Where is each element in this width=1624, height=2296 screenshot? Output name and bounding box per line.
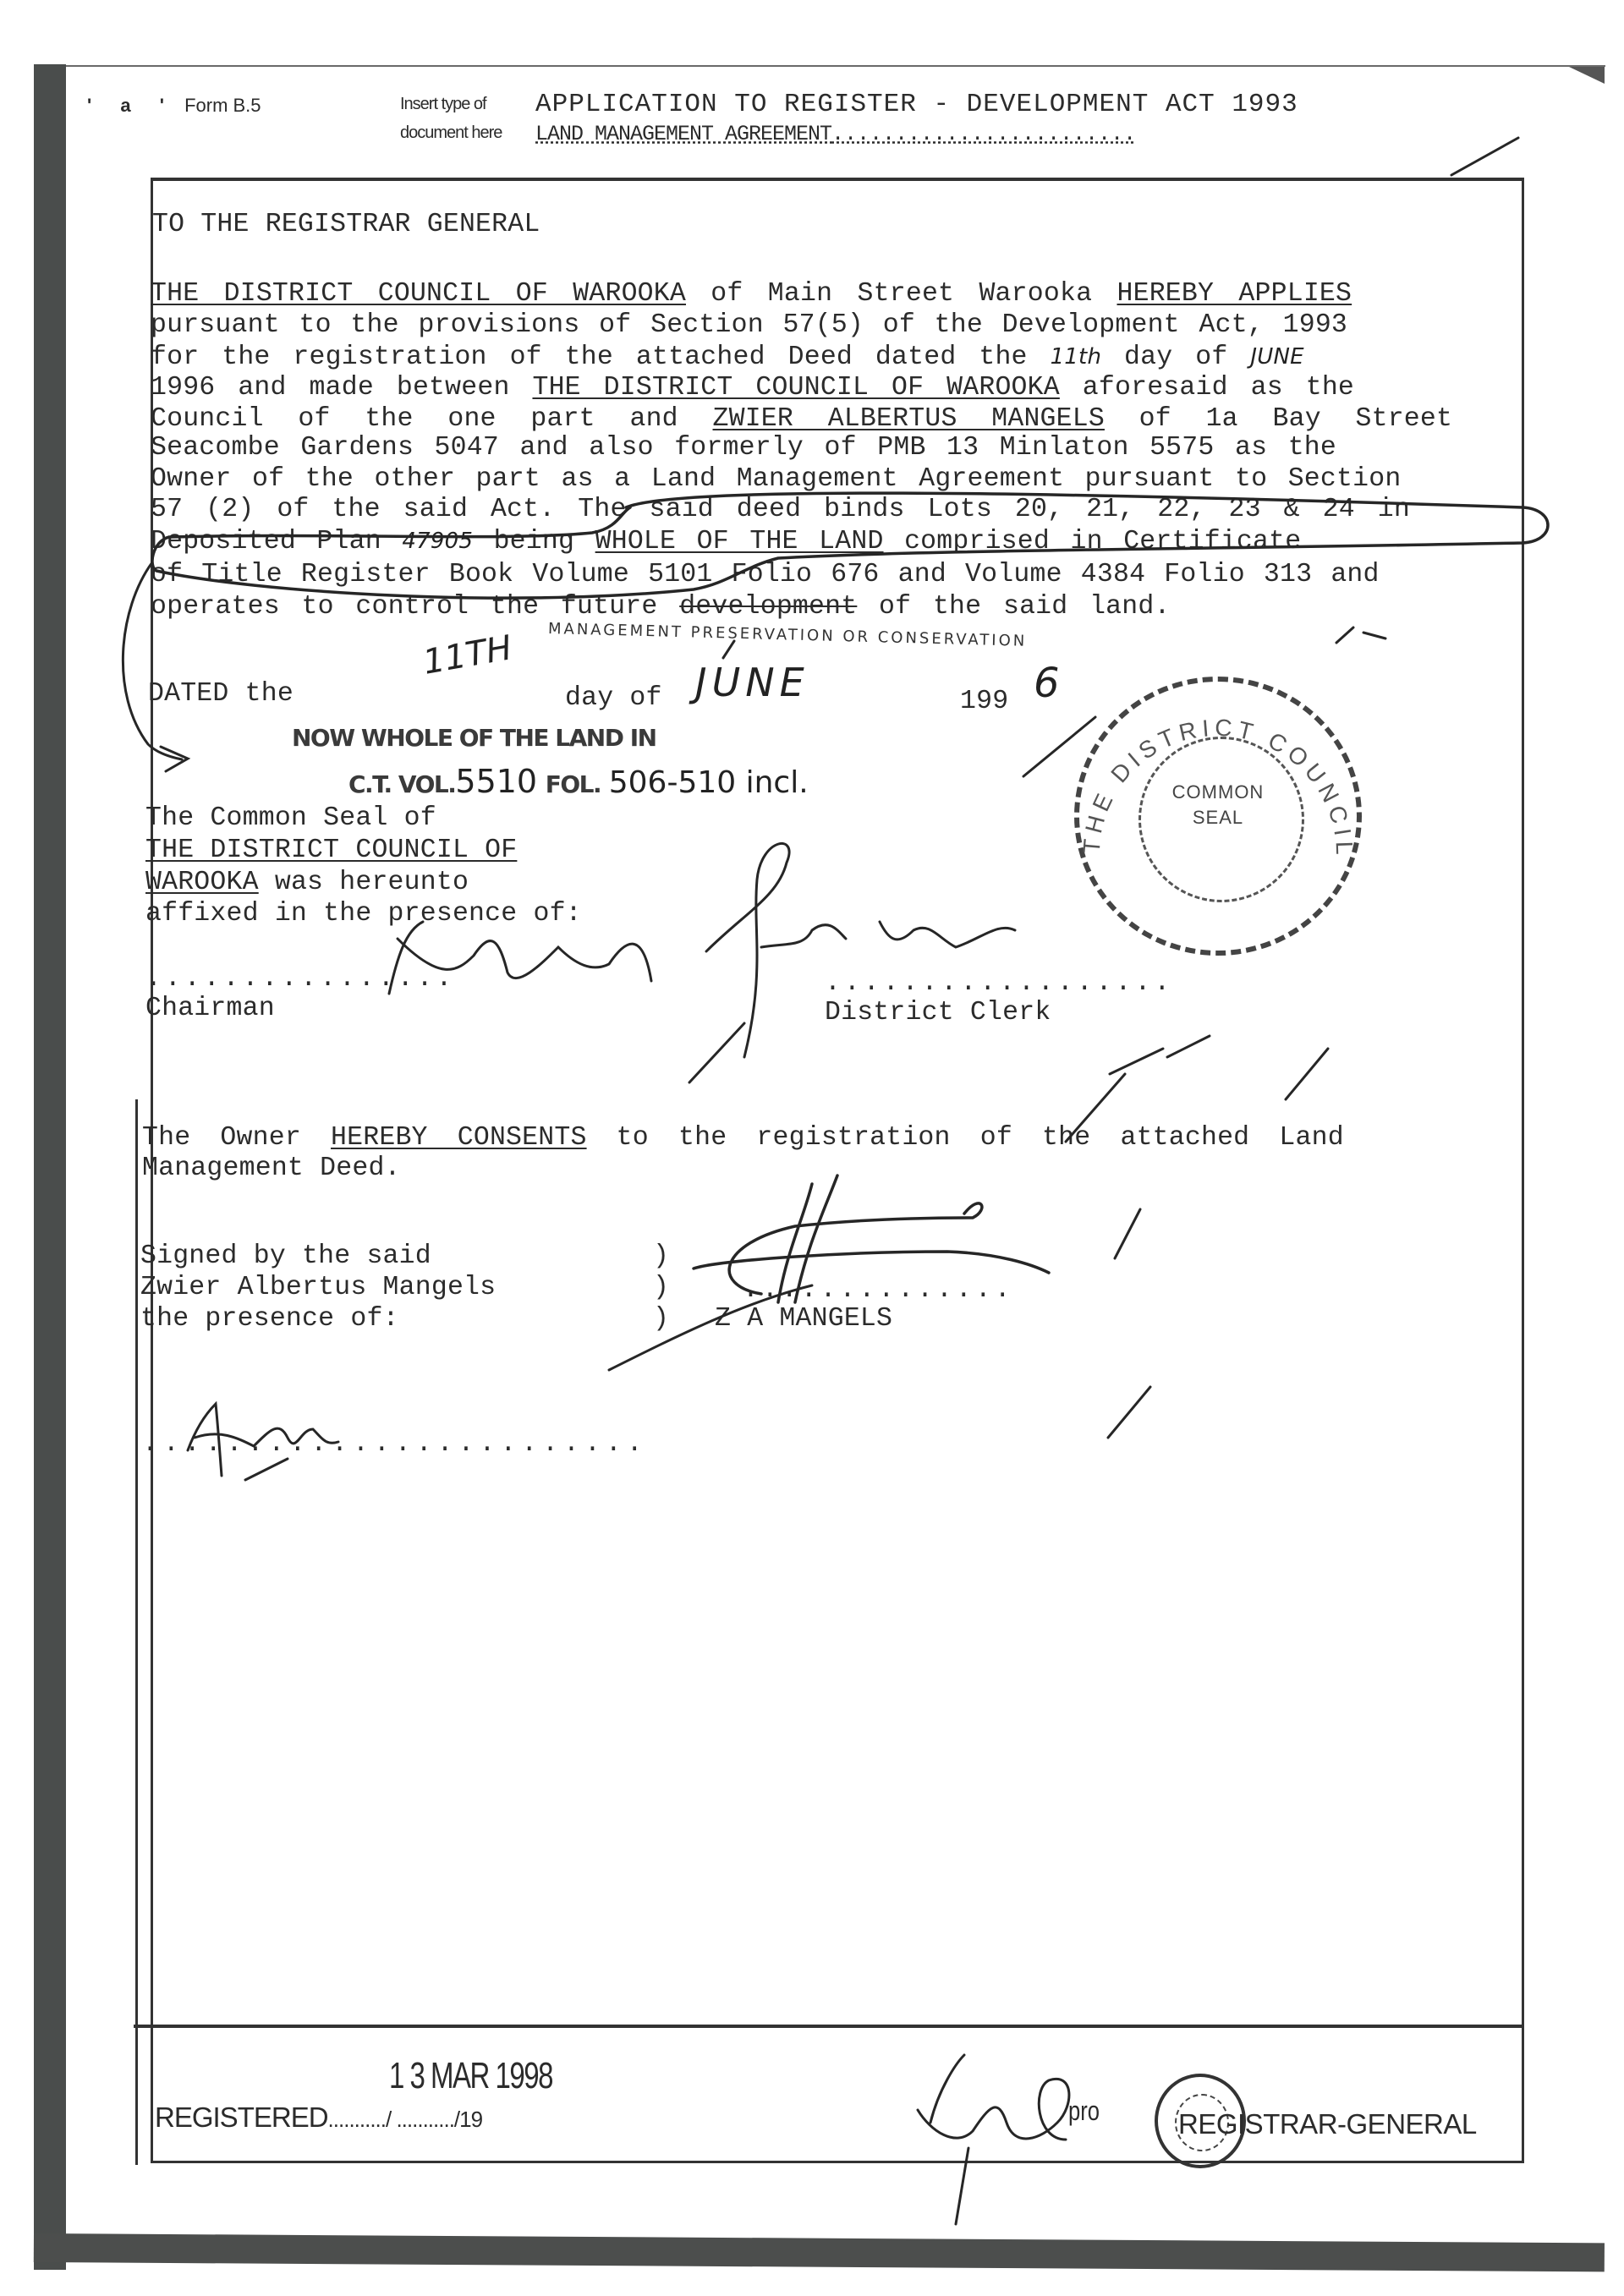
- common-seal-line2: THE DISTRICT COUNCIL OF: [145, 836, 517, 866]
- page-top-edge: [66, 65, 1605, 67]
- application-line: Council of the one part and ZWIER ALBERT…: [151, 404, 1452, 435]
- form-number: ' a ' Form B.5: [87, 95, 261, 117]
- title-stamp-line1: NOW WHOLE OF THE LAND IN: [292, 724, 656, 752]
- signatory-name: Z A MANGELS: [715, 1304, 892, 1334]
- registration-date-stamp: 1 3 MAR 1998: [389, 2055, 552, 2097]
- page-corner-fold: [1569, 67, 1605, 84]
- margin-marks: ' a ': [87, 95, 176, 116]
- application-line: Seacombe Gardens 5047 and also formerly …: [151, 433, 1336, 463]
- clerk-signature-line: ..................: [825, 968, 1173, 999]
- owner-consent-line1: The Owner HEREBY CONSENTS to the registr…: [142, 1123, 1344, 1153]
- owner-signature-line: ..............: [743, 1275, 1014, 1306]
- application-line: pursuant to the provisions of Section 57…: [151, 310, 1347, 341]
- application-line: Deposited Plan 47905 being WHOLE OF THE …: [151, 526, 1301, 557]
- owner-consent-line2: Management Deed.: [142, 1153, 401, 1184]
- witness-signature-line: ........................: [142, 1429, 648, 1460]
- document-here-label: document here: [400, 123, 502, 143]
- registration-separator: [134, 2025, 1524, 2028]
- year-suffix: 6: [1034, 660, 1060, 707]
- bracket-2: ): [653, 1273, 669, 1303]
- signed-by-line2: Zwier Albertus Mangels: [140, 1273, 496, 1303]
- common-seal-line1: The Common Seal of: [145, 803, 436, 834]
- application-line: operates to control the future developme…: [151, 592, 1171, 622]
- common-seal-line4: affixed in the presence of:: [145, 899, 582, 929]
- application-line: 57 (2) of the said Act. The said deed bi…: [151, 495, 1410, 525]
- day-of-label: day of: [565, 683, 662, 714]
- application-line: for the registration of the attached Dee…: [151, 342, 1304, 373]
- dated-label: DATED the: [148, 679, 294, 710]
- registered-label: REGISTERED.........../ .........../19: [155, 2101, 482, 2134]
- application-line: of Title Register Book Volume 5101 Folio…: [151, 560, 1380, 590]
- box-left-border: [135, 1099, 138, 2165]
- application-line: Owner of the other part as a Land Manage…: [151, 464, 1401, 495]
- clerk-label: District Clerk: [825, 998, 1051, 1028]
- registrar-general-label: REGISTRAR-GENERAL: [1178, 2108, 1477, 2140]
- application-line: 1996 and made between THE DISTRICT COUNC…: [151, 373, 1354, 403]
- document-type-subtitle: LAND MANAGEMENT AGREEMENT...............…: [535, 122, 1136, 146]
- application-line: THE DISTRICT COUNCIL OF WAROOKA of Main …: [151, 279, 1352, 310]
- council-common-seal: COMMON SEAL: [1074, 677, 1362, 956]
- margin-tick-icon: [1451, 138, 1518, 175]
- pro-label: pro: [1068, 2096, 1100, 2127]
- bracket-3: ): [653, 1304, 669, 1334]
- common-seal-line3: WAROOKA was hereunto: [145, 868, 469, 898]
- chairman-signature-line: ................: [145, 964, 455, 995]
- title-stamp-line2: C.T. VOL.5510 FOL. 506-510 incl.: [348, 763, 809, 800]
- dated-month: JUNE: [695, 660, 809, 705]
- signed-by-line1: Signed by the said: [140, 1241, 431, 1272]
- signed-by-line3: the presence of:: [140, 1304, 399, 1334]
- scan-edge-bottom: [34, 2233, 1605, 2271]
- document-type-title: APPLICATION TO REGISTER - DEVELOPMENT AC…: [535, 90, 1298, 119]
- scan-edge-left: [34, 64, 66, 2270]
- bracket-1: ): [653, 1241, 669, 1272]
- insert-type-label: Insert type of: [400, 95, 486, 114]
- addressee: TO THE REGISTRAR GENERAL: [152, 210, 540, 240]
- chairman-label: Chairman: [145, 994, 275, 1024]
- year-prefix: 199: [960, 687, 1008, 717]
